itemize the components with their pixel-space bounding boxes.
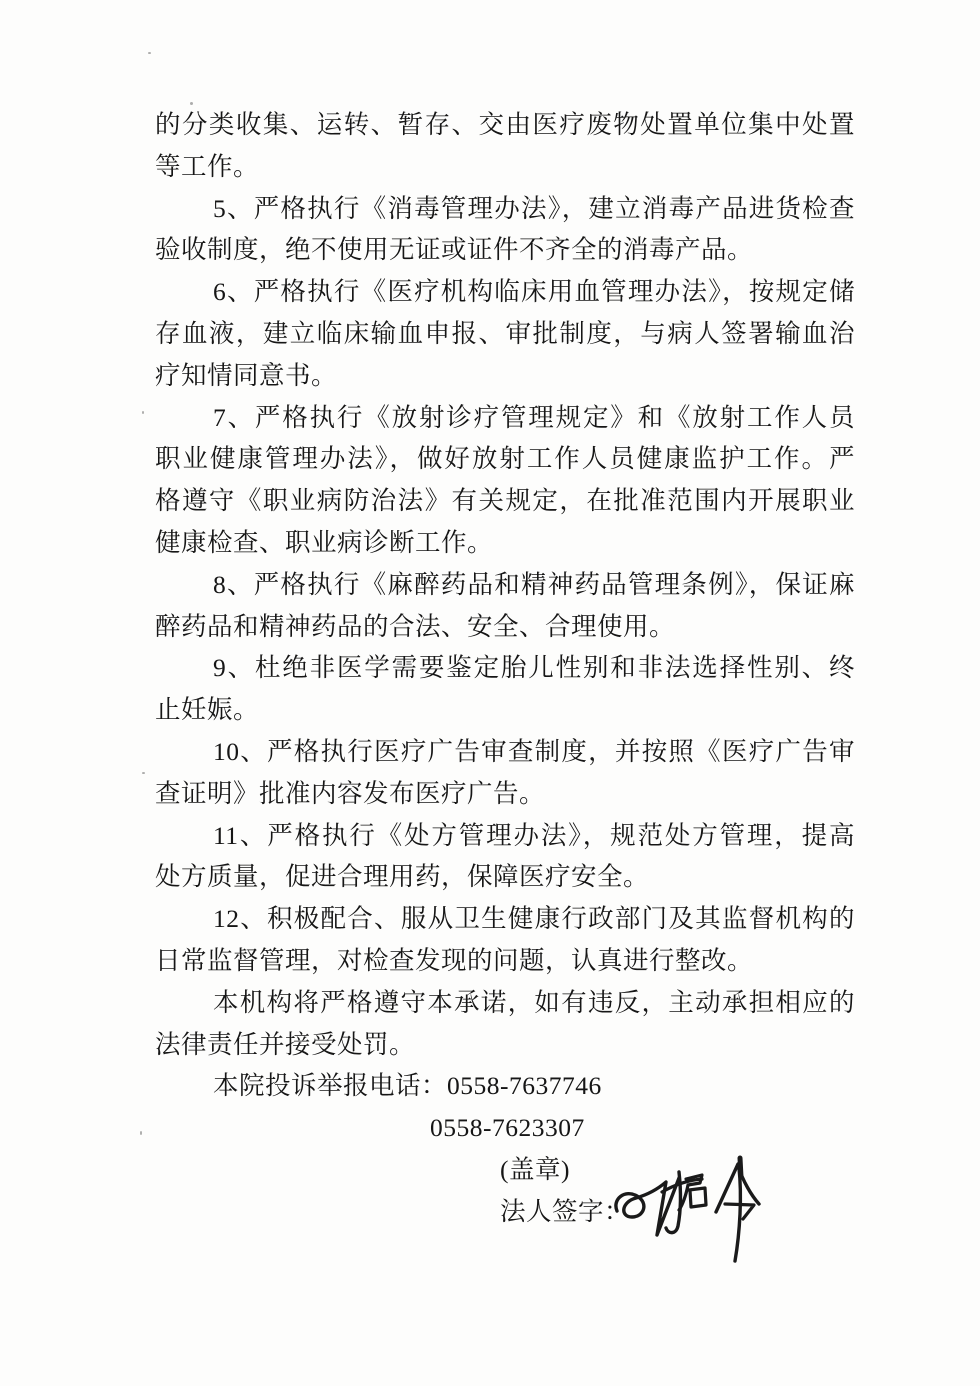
document-line: 查证明》批准内容发布医疗广告。	[155, 773, 855, 815]
complaint-phone-line-2: 0558-7623307	[155, 1107, 855, 1149]
document-line-item-7: 7、严格执行《放射诊疗管理规定》和《放射工作人员	[155, 397, 855, 439]
scan-speck	[142, 411, 144, 414]
document-line: 法律责任并接受处罚。	[155, 1024, 855, 1066]
document-line: 健康检查、职业病诊断工作。	[155, 522, 855, 564]
document-line: 日常监督管理，对检查发现的问题，认真进行整改。	[155, 940, 855, 982]
document-line-pledge: 本机构将严格遵守本承诺，如有违反，主动承担相应的	[155, 982, 855, 1024]
handwritten-signature	[612, 1148, 782, 1273]
document-line-item-5: 5、严格执行《消毒管理办法》，建立消毒产品进货检查	[155, 188, 855, 230]
document-line-item-6: 6、严格执行《医疗机构临床用血管理办法》，按规定储	[155, 271, 855, 313]
document-line: 处方质量，促进合理用药，保障医疗安全。	[155, 856, 855, 898]
document-line-item-9: 9、杜绝非医学需要鉴定胎儿性别和非法选择性别、终	[155, 647, 855, 689]
document-line: 职业健康管理办法》，做好放射工作人员健康监护工作。严	[155, 438, 855, 480]
document-line: 的分类收集、运转、暂存、交由医疗废物处置单位集中处置	[155, 104, 855, 146]
document-line: 格遵守《职业病防治法》有关规定，在批准范围内开展职业	[155, 480, 855, 522]
scan-speck	[140, 1131, 142, 1135]
document-line-item-10: 10、严格执行医疗广告审查制度，并按照《医疗广告审	[155, 731, 855, 773]
complaint-phone-line: 本院投诉举报电话：0558-7637746	[155, 1065, 855, 1107]
document-line-item-12: 12、积极配合、服从卫生健康行政部门及其监督机构的	[155, 898, 855, 940]
document-line: 疗知情同意书。	[155, 355, 855, 397]
document-line: 止妊娠。	[155, 689, 855, 731]
document-line: 等工作。	[155, 146, 855, 188]
scanned-page: 的分类收集、运转、暂存、交由医疗废物处置单位集中处置 等工作。 5、严格执行《消…	[0, 0, 980, 1386]
scan-speck	[142, 772, 145, 774]
document-line-item-11: 11、严格执行《处方管理办法》，规范处方管理，提高	[155, 815, 855, 857]
scan-speck	[190, 102, 193, 105]
document-body: 的分类收集、运转、暂存、交由医疗废物处置单位集中处置 等工作。 5、严格执行《消…	[155, 104, 855, 1233]
scan-speck	[148, 52, 151, 54]
document-line: 存血液，建立临床输血申报、审批制度，与病人签署输血治	[155, 313, 855, 355]
document-line: 验收制度，绝不使用无证或证件不齐全的消毒产品。	[155, 229, 855, 271]
document-line-item-8: 8、严格执行《麻醉药品和精神药品管理条例》，保证麻	[155, 564, 855, 606]
document-line: 醉药品和精神药品的合法、安全、合理使用。	[155, 606, 855, 648]
